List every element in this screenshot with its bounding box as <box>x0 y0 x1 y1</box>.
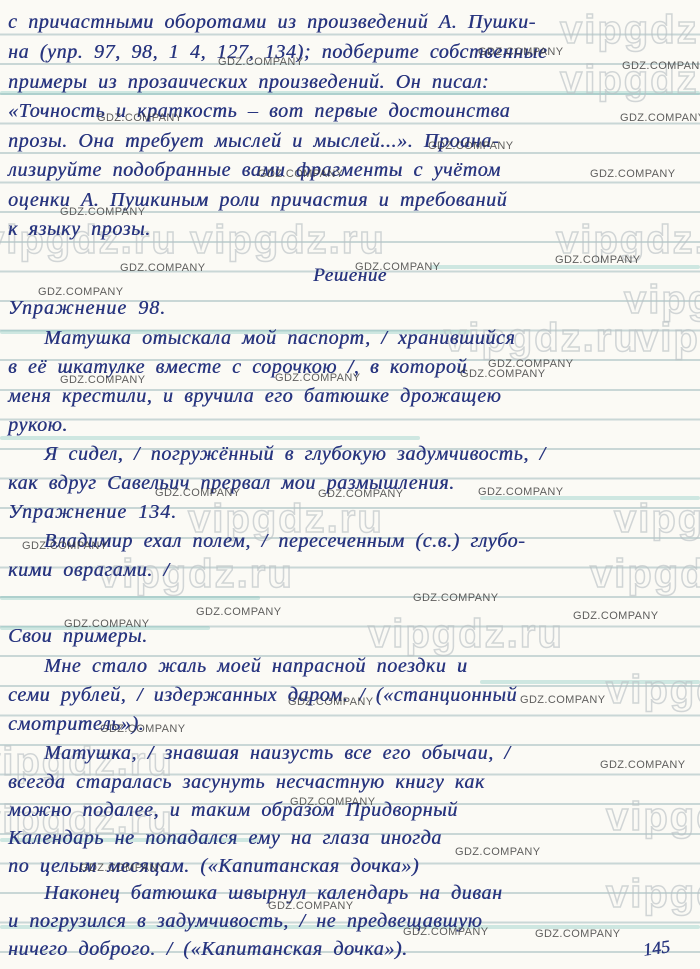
gdz-company-watermark: GDZ.COMPANY <box>268 900 353 912</box>
handwriting-line: рукою. <box>8 411 700 441</box>
gdz-company-watermark: GDZ.COMPANY <box>600 759 685 771</box>
gdz-company-watermark: GDZ.COMPANY <box>60 374 145 386</box>
gdz-company-watermark: GDZ.COMPANY <box>60 206 145 218</box>
gdz-company-watermark: GDZ.COMPANY <box>120 262 205 274</box>
gdz-company-watermark: GDZ.COMPANY <box>290 796 375 808</box>
gdz-company-watermark: GDZ.COMPANY <box>428 140 513 152</box>
gdz-company-watermark: GDZ.COMPANY <box>622 60 700 72</box>
gdz-company-watermark: GDZ.COMPANY <box>403 926 488 938</box>
gdz-company-watermark: GDZ.COMPANY <box>288 696 373 708</box>
gdz-company-watermark: GDZ.COMPANY <box>455 846 540 858</box>
gdz-company-watermark: GDZ.COMPANY <box>38 286 123 298</box>
gdz-company-watermark: GDZ.COMPANY <box>460 368 545 380</box>
handwriting-line: Календарь не попадался ему на глаза иног… <box>8 824 700 854</box>
gdz-company-watermark: GDZ.COMPANY <box>478 486 563 498</box>
gdz-company-watermark: GDZ.COMPANY <box>196 606 281 618</box>
gdz-company-watermark: GDZ.COMPANY <box>22 540 107 552</box>
handwriting-line: на (упр. 97, 98, 1 4, 127, 134); подбери… <box>8 38 700 68</box>
handwriting-line: Наконец батюшка швырнул календарь на див… <box>8 879 700 909</box>
gdz-company-watermark: GDZ.COMPANY <box>80 862 165 874</box>
gdz-company-watermark: GDZ.COMPANY <box>620 112 700 124</box>
gdz-company-watermark: GDZ.COMPANY <box>555 254 640 266</box>
gdz-company-watermark: GDZ.COMPANY <box>275 372 360 384</box>
handwriting-line: меня крестили, и вручила его батюшке дро… <box>8 382 700 412</box>
gdz-company-watermark: GDZ.COMPANY <box>64 618 149 630</box>
handwriting-line: Я сидел, / погружённый в глубокую задумч… <box>8 440 700 470</box>
gdz-company-watermark: GDZ.COMPANY <box>97 112 182 124</box>
handwriting-line: с причастными оборотами из произведений … <box>8 8 700 38</box>
gdz-company-watermark: GDZ.COMPANY <box>573 610 658 622</box>
exercise-134-label: Упражнение 134. <box>8 498 700 528</box>
handwriting-line: Матушка отыскала мой паспорт, / хранивши… <box>8 324 700 354</box>
handwriting-line: Владимир ехал полем, / пересеченным (с.в… <box>8 527 700 557</box>
gdz-company-watermark: GDZ.COMPANY <box>218 56 303 68</box>
gdz-company-watermark: GDZ.COMPANY <box>318 488 403 500</box>
exercise-98-label: Упражнение 98. <box>8 294 700 324</box>
gdz-company-watermark: GDZ.COMPANY <box>355 261 440 273</box>
gdz-company-watermark: GDZ.COMPANY <box>535 928 620 940</box>
handwriting-line: кими оврагами. / <box>8 556 700 586</box>
gdz-company-watermark: GDZ.COMPANY <box>413 592 498 604</box>
manuscript: с причастными оборотами из произведений … <box>0 0 700 969</box>
handwriting-line: всегда старалась засунуть несчастную кни… <box>8 768 700 798</box>
gdz-company-watermark: GDZ.COMPANY <box>590 168 675 180</box>
handwriting-line: примеры из прозаических произведений. Он… <box>8 68 700 98</box>
gdz-company-watermark: GDZ.COMPANY <box>520 694 605 706</box>
gdz-company-watermark: GDZ.COMPANY <box>155 487 240 499</box>
notebook-page-photo: vipgdz.ru vipgdz.ru vipgdz.ru vipgdz.ru … <box>0 0 700 969</box>
handwriting-line: к языку прозы. <box>8 215 700 245</box>
gdz-company-watermark: GDZ.COMPANY <box>258 168 343 180</box>
handwriting-line: Матушка, / знавшая наизусть все его обыч… <box>8 739 700 769</box>
handwriting-line: Мне стало жаль моей напрасной поездки и <box>8 652 700 682</box>
gdz-company-watermark: GDZ.COMPANY <box>478 46 563 58</box>
gdz-company-watermark: GDZ.COMPANY <box>100 723 185 735</box>
handwriting-line: прозы. Она требует мыслей и мыслей...». … <box>8 127 700 157</box>
